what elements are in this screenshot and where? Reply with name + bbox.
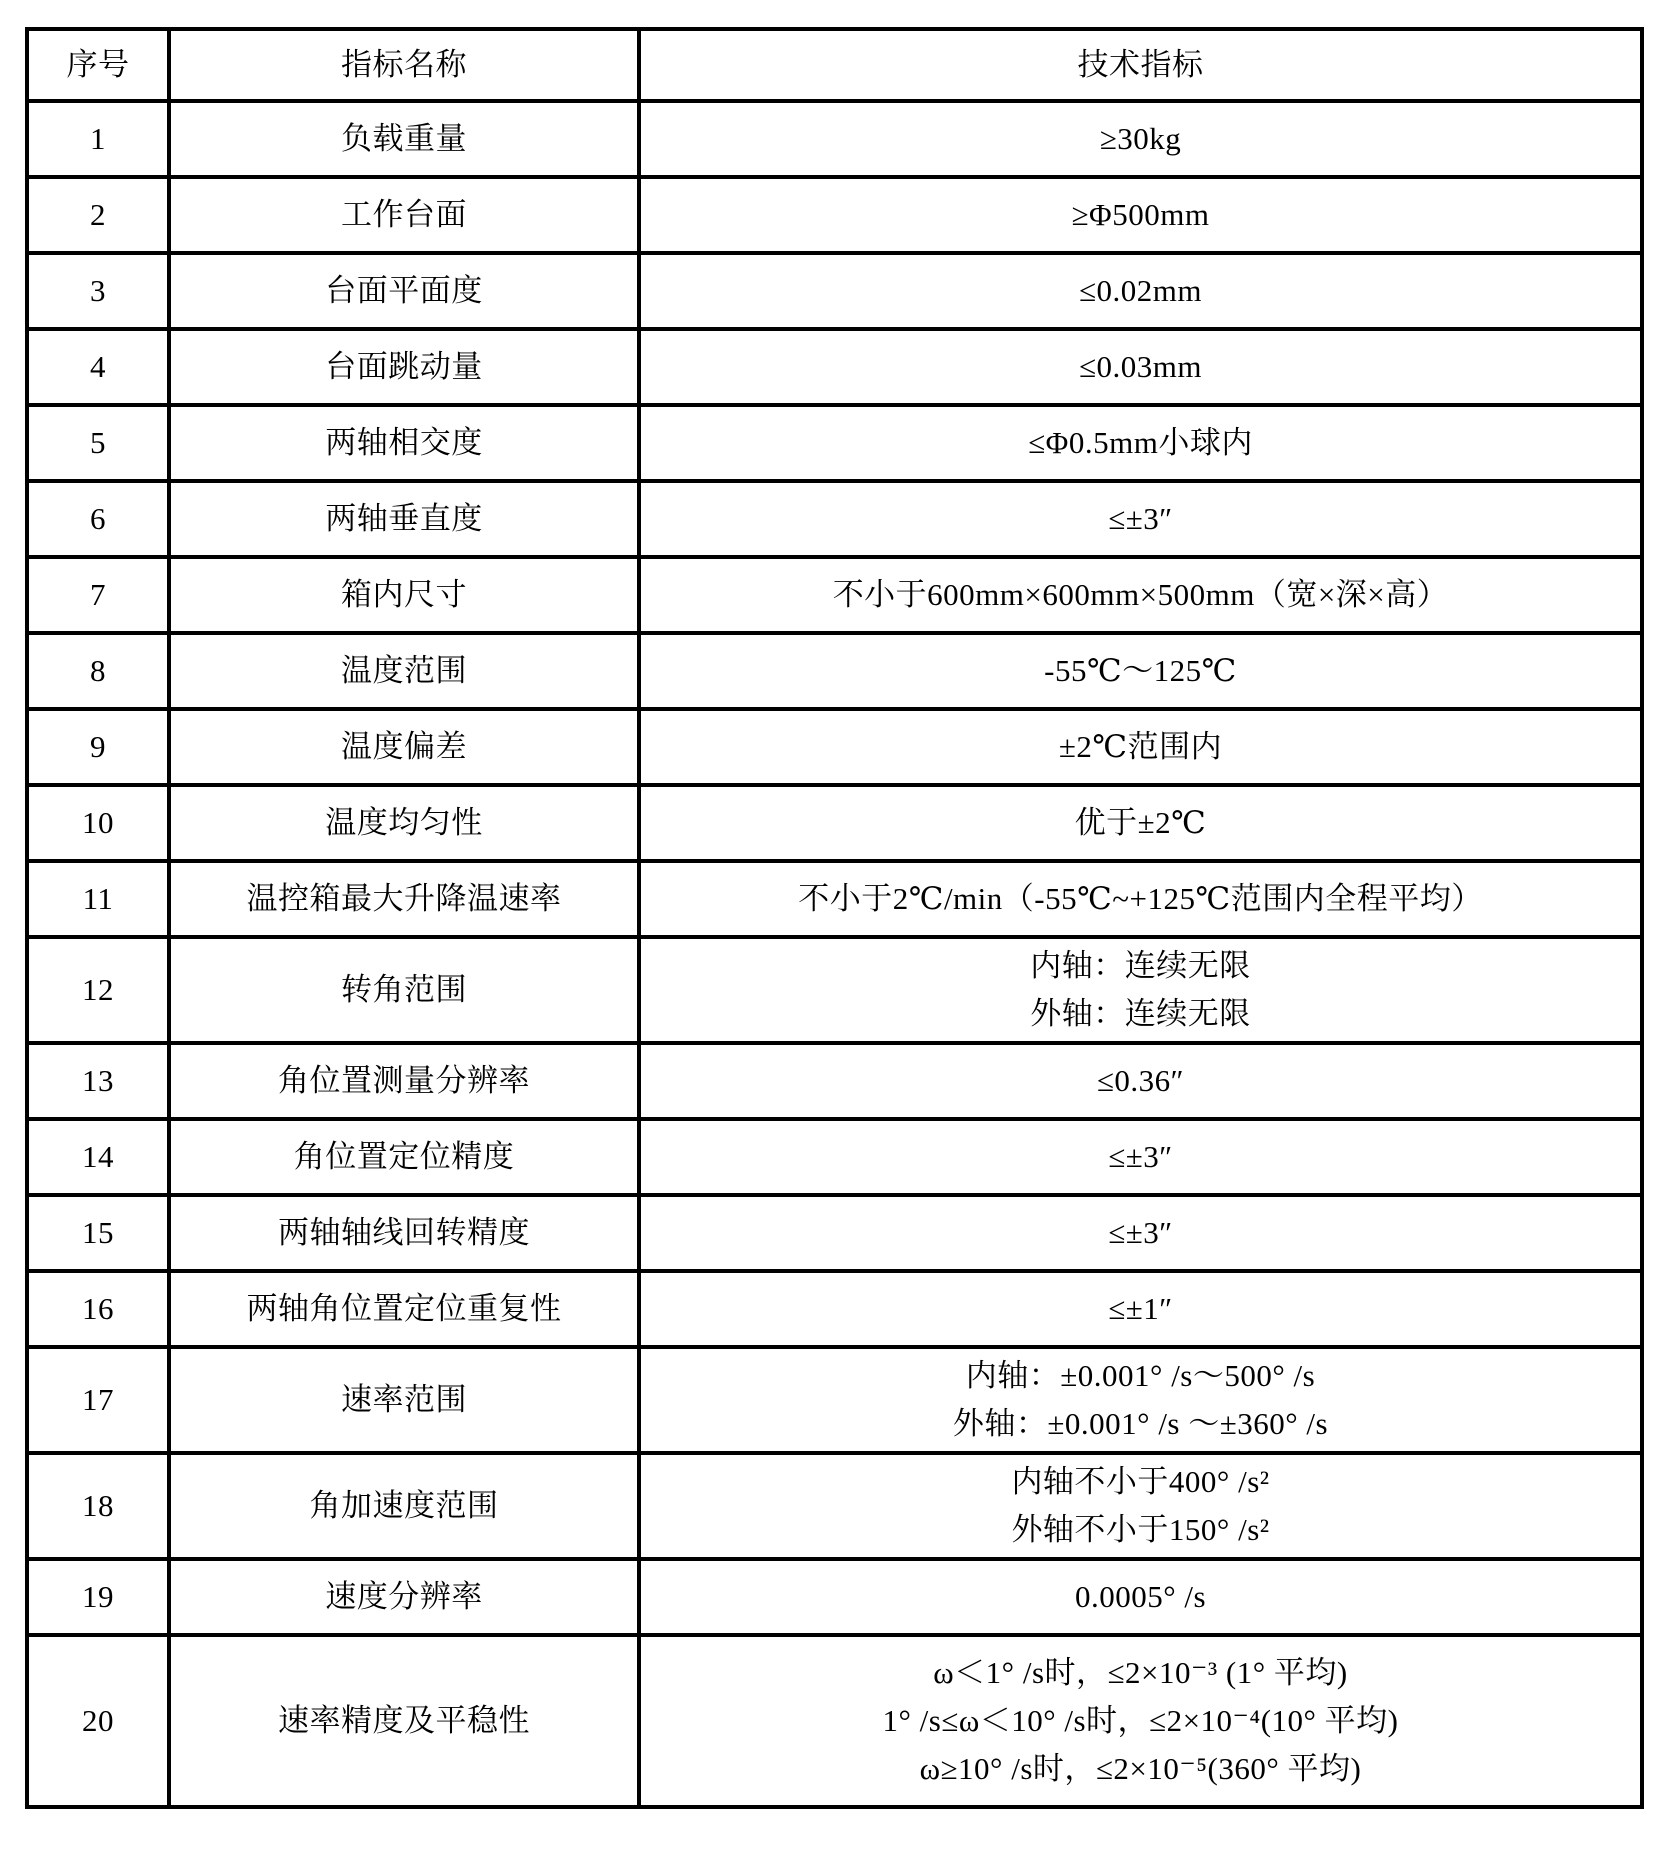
spec-table-body: 1负载重量≥30kg2工作台面≥Φ500mm3台面平面度≤0.02mm4台面跳动… [27,101,1642,1807]
table-row: 11温控箱最大升降温速率不小于2℃/min（-55℃~+125℃范围内全程平均） [27,861,1642,937]
spec-line: ≤0.36″ [647,1057,1634,1105]
row-number-cell: 10 [27,785,169,861]
indicator-name-cell: 速率范围 [169,1347,639,1453]
technical-spec-cell: ≤±1″ [639,1271,1642,1347]
row-number-cell: 14 [27,1119,169,1195]
table-row: 6两轴垂直度≤±3″ [27,481,1642,557]
row-number-cell: 11 [27,861,169,937]
technical-spec-cell: 内轴不小于400° /s²外轴不小于150° /s² [639,1453,1642,1559]
spec-line: ≤±3″ [647,495,1634,543]
technical-spec-cell: ≥Φ500mm [639,177,1642,253]
indicator-name-cell: 温度范围 [169,633,639,709]
indicator-name-cell: 台面跳动量 [169,329,639,405]
spec-line: -55℃～125℃ [647,647,1634,695]
spec-line: 1° /s≤ω＜10° /s时，≤2×10⁻⁴(10° 平均) [647,1697,1634,1745]
technical-spec-cell: ±2℃范围内 [639,709,1642,785]
indicator-name-cell: 两轴垂直度 [169,481,639,557]
spec-line: 优于±2℃ [647,799,1634,847]
table-row: 8温度范围-55℃～125℃ [27,633,1642,709]
table-row: 20速率精度及平稳性ω＜1° /s时，≤2×10⁻³ (1° 平均)1° /s≤… [27,1635,1642,1807]
indicator-name-cell: 速率精度及平稳性 [169,1635,639,1807]
technical-spec-cell: ≤Φ0.5mm小球内 [639,405,1642,481]
spec-line: 外轴不小于150° /s² [647,1506,1634,1554]
spec-line: ≤±1″ [647,1285,1634,1333]
table-row: 13角位置测量分辨率≤0.36″ [27,1043,1642,1119]
indicator-name-cell: 台面平面度 [169,253,639,329]
header-cell-number: 序号 [27,29,169,101]
row-number-cell: 17 [27,1347,169,1453]
spec-table-header: 序号 指标名称 技术指标 [27,29,1642,101]
table-row: 4台面跳动量≤0.03mm [27,329,1642,405]
row-number-cell: 20 [27,1635,169,1807]
table-row: 7箱内尺寸不小于600mm×600mm×500mm（宽×深×高） [27,557,1642,633]
spec-line: ≤0.03mm [647,343,1634,391]
indicator-name-cell: 工作台面 [169,177,639,253]
spec-line: ±2℃范围内 [647,723,1634,771]
spec-line: 不小于2℃/min（-55℃~+125℃范围内全程平均） [647,875,1634,923]
table-row: 17速率范围内轴：±0.001° /s～500° /s外轴：±0.001° /s… [27,1347,1642,1453]
table-row: 12转角范围内轴：连续无限外轴：连续无限 [27,937,1642,1043]
indicator-name-cell: 温度均匀性 [169,785,639,861]
table-row: 16两轴角位置定位重复性≤±1″ [27,1271,1642,1347]
spec-line: ≤±3″ [647,1133,1634,1181]
row-number-cell: 9 [27,709,169,785]
technical-spec-cell: 不小于600mm×600mm×500mm（宽×深×高） [639,557,1642,633]
spec-line: 外轴：连续无限 [647,990,1634,1038]
indicator-name-cell: 两轴相交度 [169,405,639,481]
document-page: 序号 指标名称 技术指标 1负载重量≥30kg2工作台面≥Φ500mm3台面平面… [0,0,1670,1858]
indicator-name-cell: 速度分辨率 [169,1559,639,1635]
spec-table: 序号 指标名称 技术指标 1负载重量≥30kg2工作台面≥Φ500mm3台面平面… [25,27,1644,1809]
row-number-cell: 12 [27,937,169,1043]
row-number-cell: 18 [27,1453,169,1559]
technical-spec-cell: ≤±3″ [639,1119,1642,1195]
row-number-cell: 3 [27,253,169,329]
row-number-cell: 7 [27,557,169,633]
technical-spec-cell: ≤0.03mm [639,329,1642,405]
row-number-cell: 13 [27,1043,169,1119]
spec-line: ≤Φ0.5mm小球内 [647,419,1634,467]
table-row: 5两轴相交度≤Φ0.5mm小球内 [27,405,1642,481]
row-number-cell: 1 [27,101,169,177]
table-row: 19速度分辨率0.0005° /s [27,1559,1642,1635]
spec-line: ≥Φ500mm [647,191,1634,239]
spec-line: ω＜1° /s时，≤2×10⁻³ (1° 平均) [647,1649,1634,1697]
spec-line: 不小于600mm×600mm×500mm（宽×深×高） [647,571,1634,619]
indicator-name-cell: 角加速度范围 [169,1453,639,1559]
indicator-name-cell: 角位置测量分辨率 [169,1043,639,1119]
table-row: 2工作台面≥Φ500mm [27,177,1642,253]
table-row: 15两轴轴线回转精度≤±3″ [27,1195,1642,1271]
spec-line: ω≥10° /s时，≤2×10⁻⁵(360° 平均) [647,1745,1634,1793]
table-row: 18角加速度范围内轴不小于400° /s²外轴不小于150° /s² [27,1453,1642,1559]
row-number-cell: 5 [27,405,169,481]
table-row: 9温度偏差±2℃范围内 [27,709,1642,785]
header-cell-indicator-name: 指标名称 [169,29,639,101]
indicator-name-cell: 温度偏差 [169,709,639,785]
row-number-cell: 19 [27,1559,169,1635]
indicator-name-cell: 角位置定位精度 [169,1119,639,1195]
technical-spec-cell: ≥30kg [639,101,1642,177]
technical-spec-cell: 优于±2℃ [639,785,1642,861]
spec-line: 外轴：±0.001° /s ～±360° /s [647,1400,1634,1448]
technical-spec-cell: 0.0005° /s [639,1559,1642,1635]
spec-line: ≤0.02mm [647,267,1634,315]
technical-spec-cell: ≤0.36″ [639,1043,1642,1119]
row-number-cell: 6 [27,481,169,557]
technical-spec-cell: 不小于2℃/min（-55℃~+125℃范围内全程平均） [639,861,1642,937]
technical-spec-cell: ≤0.02mm [639,253,1642,329]
table-row: 1负载重量≥30kg [27,101,1642,177]
spec-line: ≥30kg [647,115,1634,163]
header-cell-technical-spec: 技术指标 [639,29,1642,101]
spec-line: ≤±3″ [647,1209,1634,1257]
row-number-cell: 4 [27,329,169,405]
technical-spec-cell: -55℃～125℃ [639,633,1642,709]
table-row: 3台面平面度≤0.02mm [27,253,1642,329]
row-number-cell: 16 [27,1271,169,1347]
technical-spec-cell: ≤±3″ [639,481,1642,557]
technical-spec-cell: 内轴：±0.001° /s～500° /s外轴：±0.001° /s ～±360… [639,1347,1642,1453]
technical-spec-cell: ≤±3″ [639,1195,1642,1271]
row-number-cell: 8 [27,633,169,709]
spec-line: 内轴不小于400° /s² [647,1458,1634,1506]
indicator-name-cell: 箱内尺寸 [169,557,639,633]
technical-spec-cell: ω＜1° /s时，≤2×10⁻³ (1° 平均)1° /s≤ω＜10° /s时，… [639,1635,1642,1807]
header-row: 序号 指标名称 技术指标 [27,29,1642,101]
indicator-name-cell: 温控箱最大升降温速率 [169,861,639,937]
indicator-name-cell: 两轴轴线回转精度 [169,1195,639,1271]
spec-line: 0.0005° /s [647,1573,1634,1621]
indicator-name-cell: 负载重量 [169,101,639,177]
spec-line: 内轴：±0.001° /s～500° /s [647,1352,1634,1400]
row-number-cell: 15 [27,1195,169,1271]
table-row: 10温度均匀性优于±2℃ [27,785,1642,861]
spec-line: 内轴：连续无限 [647,942,1634,990]
indicator-name-cell: 两轴角位置定位重复性 [169,1271,639,1347]
technical-spec-cell: 内轴：连续无限外轴：连续无限 [639,937,1642,1043]
indicator-name-cell: 转角范围 [169,937,639,1043]
row-number-cell: 2 [27,177,169,253]
table-row: 14角位置定位精度≤±3″ [27,1119,1642,1195]
